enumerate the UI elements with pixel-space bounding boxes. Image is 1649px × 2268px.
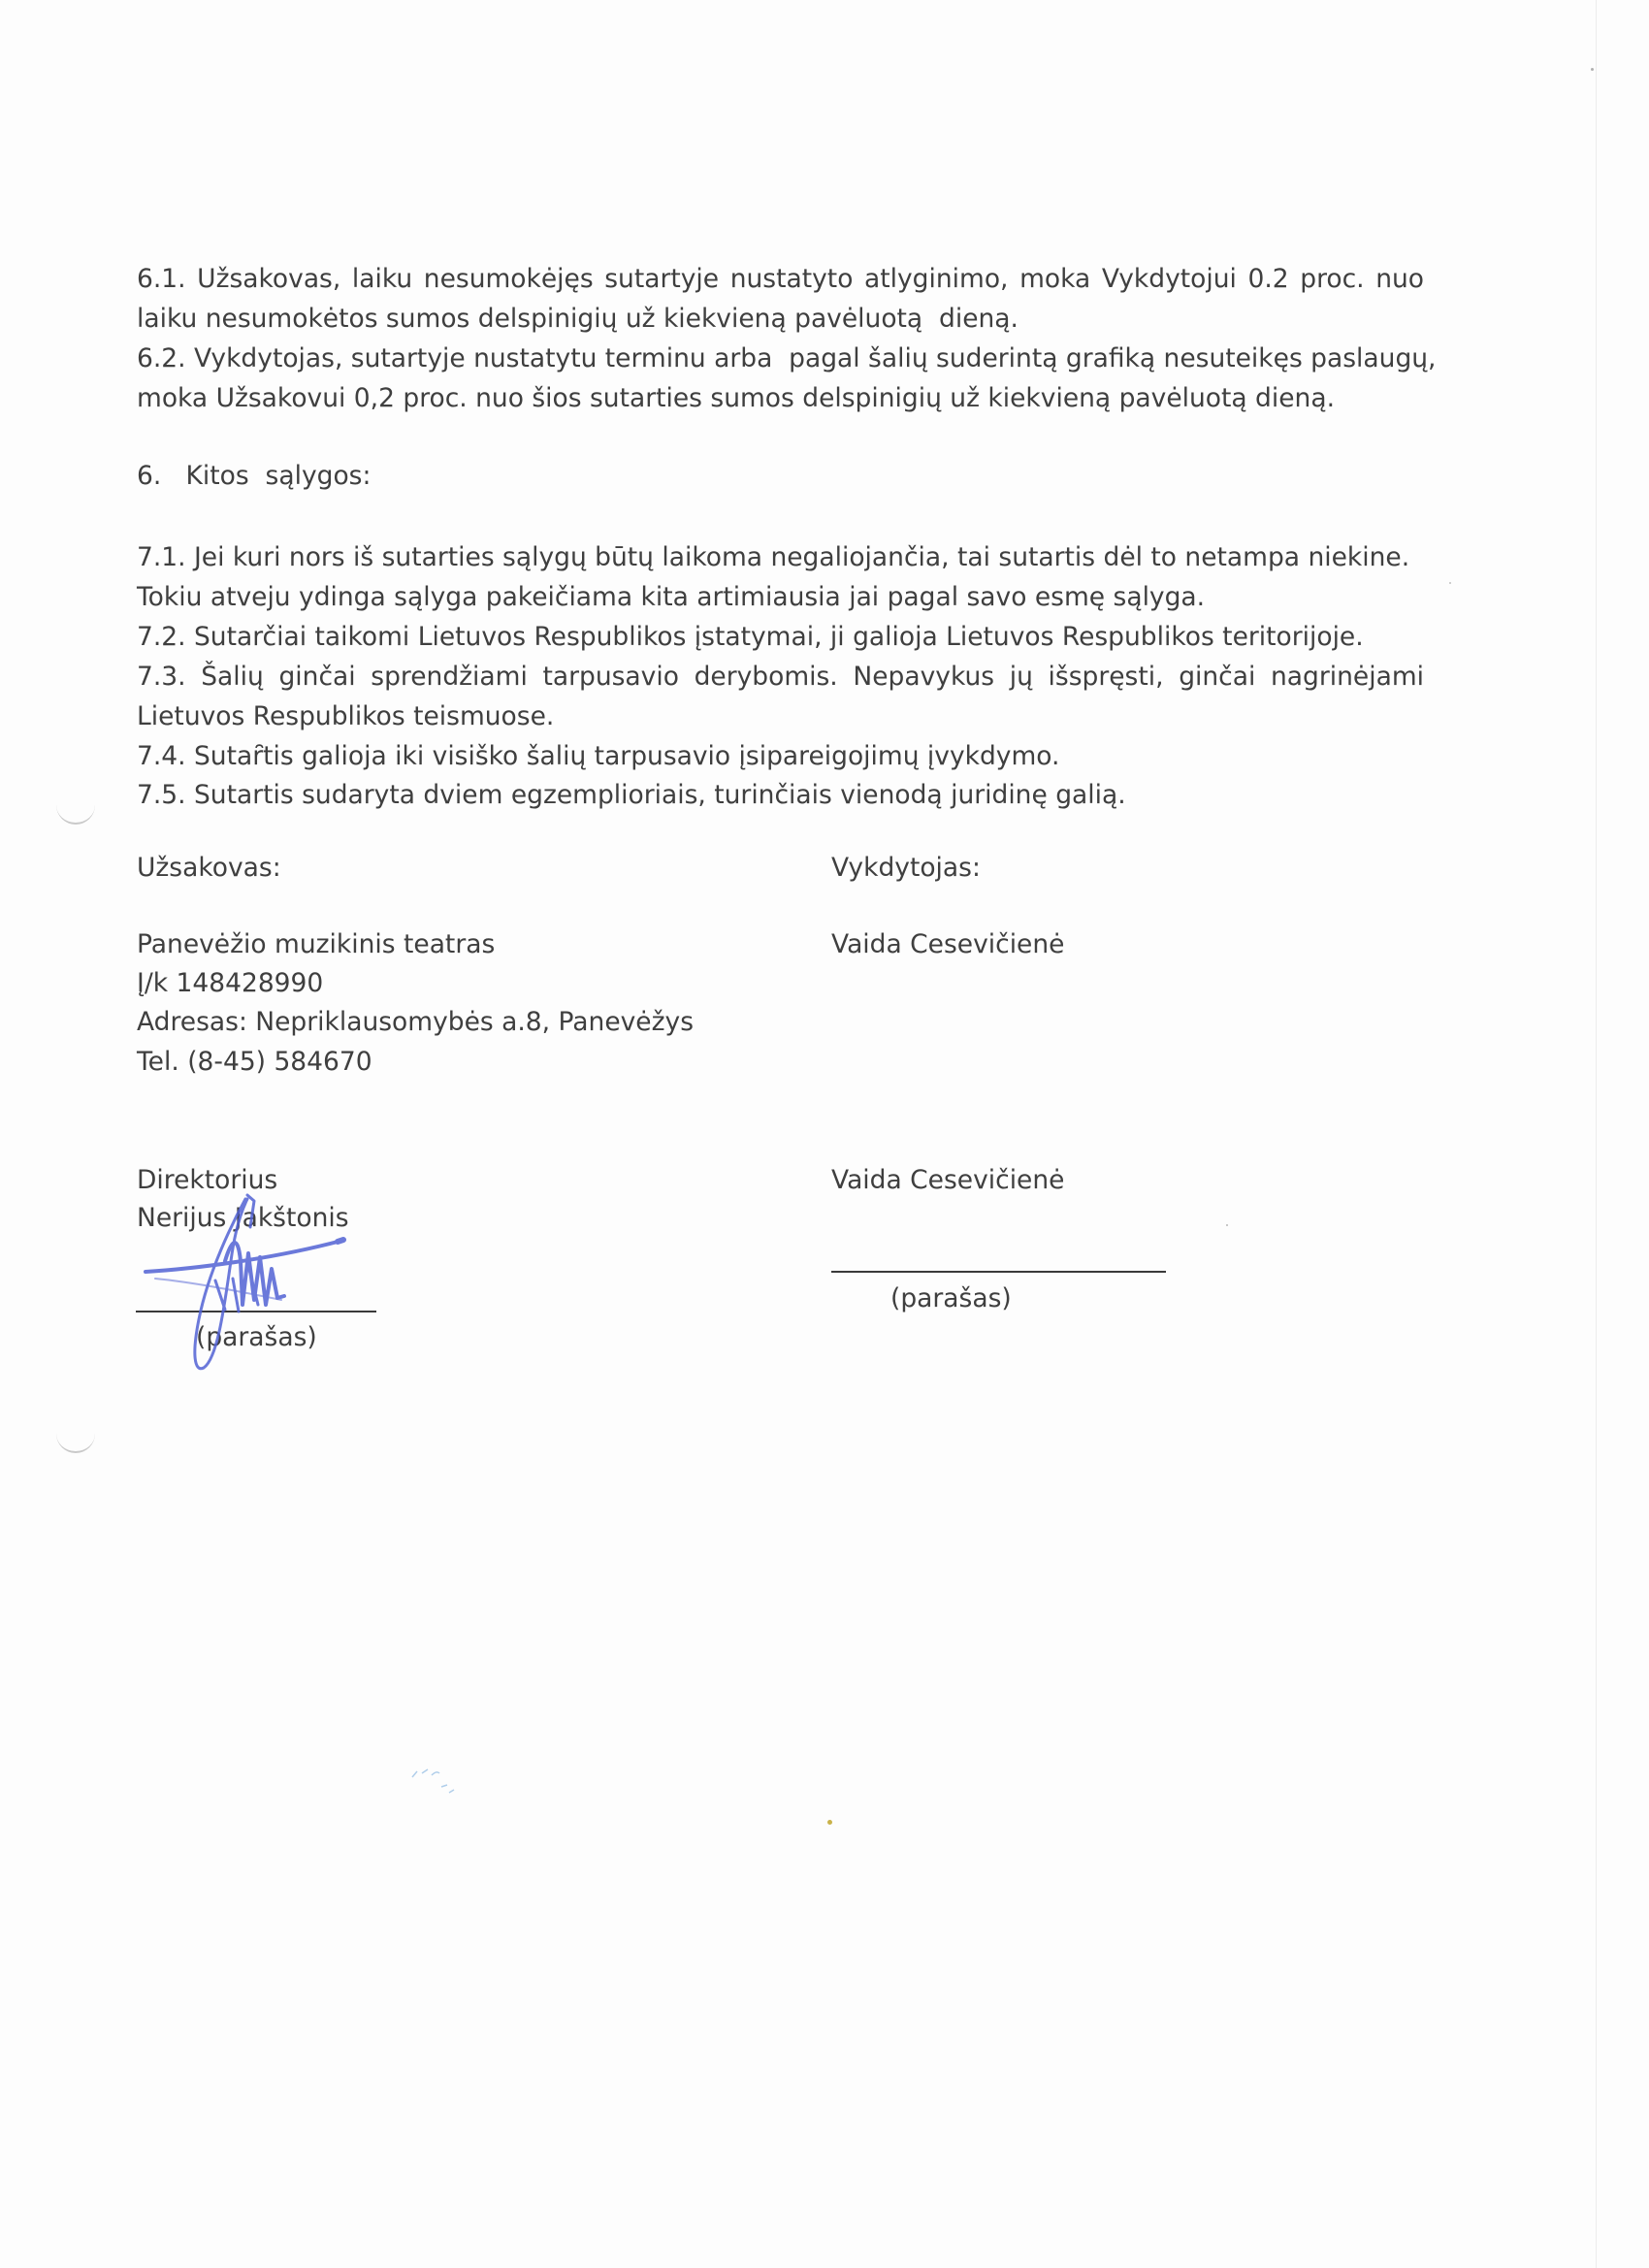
scan-speck [1591,68,1594,71]
clause-7-2: 7.2. Sutarčiai taikomi Lietuvos Respubli… [137,625,1364,651]
contractor-signature-line [831,1271,1166,1273]
clause-7-1-line-1: 7.1. Jei kuri nors iš sutarties sąlygų b… [137,545,1409,571]
contract-page: 6.1. Užsakovas, laiku nesumokėjęs sutart… [0,0,1649,2268]
customer-signatory-title: Direktorius [137,1168,277,1194]
contractor-name: Vaida Cesevičienė [831,932,1064,958]
clause-7-4: 7.4. Sutaȓtis galioja iki visiško šalių … [137,744,1059,770]
clause-6-2-line-1: 6.2. Vykdytojas, sutartyje nustatytu ter… [137,346,1436,373]
paper-fold-line [1596,0,1597,2268]
clause-7-5: 7.5. Sutartis sudaryta dviem egzempliori… [137,783,1126,809]
contractor-signatory-name: Vaida Cesevičienė [831,1168,1064,1194]
customer-signature-caption: (parašas) [196,1325,317,1351]
scan-speck [1226,1224,1228,1226]
scan-ink-smudge [403,1764,470,1802]
customer-phone: Tel. (8-45) 584670 [137,1050,372,1076]
handwritten-signature [126,1164,436,1397]
punch-hole-mark [56,1434,95,1453]
contractor-label: Vykdytojas: [831,856,981,882]
customer-label: Užsakovas: [137,856,281,882]
contractor-signature-caption: (parašas) [890,1286,1012,1312]
customer-signatory-name: Nerijus Jakštonis [137,1206,349,1232]
clause-7-1-line-2: Tokiu atveju ydinga sąlyga pakeičiama ki… [137,585,1205,611]
clause-7-3-line-2: Lietuvos Respublikos teismuose. [137,704,554,730]
customer-signature-line [136,1311,376,1312]
customer-address: Adresas: Nepriklausomybės a.8, Panevėžys [137,1010,694,1036]
punch-hole-mark [56,805,95,825]
clause-6-1-line-2: laiku nesumokėtos sumos delspinigių už k… [137,307,1018,333]
customer-name: Panevėžio muzikinis teatras [137,932,495,958]
clause-7-3-line-1: 7.3. Šalių ginčai sprendžiami tarpusavio… [137,664,1424,691]
clause-6-2-line-2: moka Užsakovui 0,2 proc. nuo šios sutart… [137,386,1335,412]
scan-speck [827,1820,832,1825]
scan-speck [1449,582,1451,584]
section-heading-other-conditions: 6. Kitos sąlygos: [137,464,371,490]
customer-company-code: Į/k 148428990 [137,971,323,997]
clause-6-1-line-1: 6.1. Užsakovas, laiku nesumokėjęs sutart… [137,267,1424,293]
